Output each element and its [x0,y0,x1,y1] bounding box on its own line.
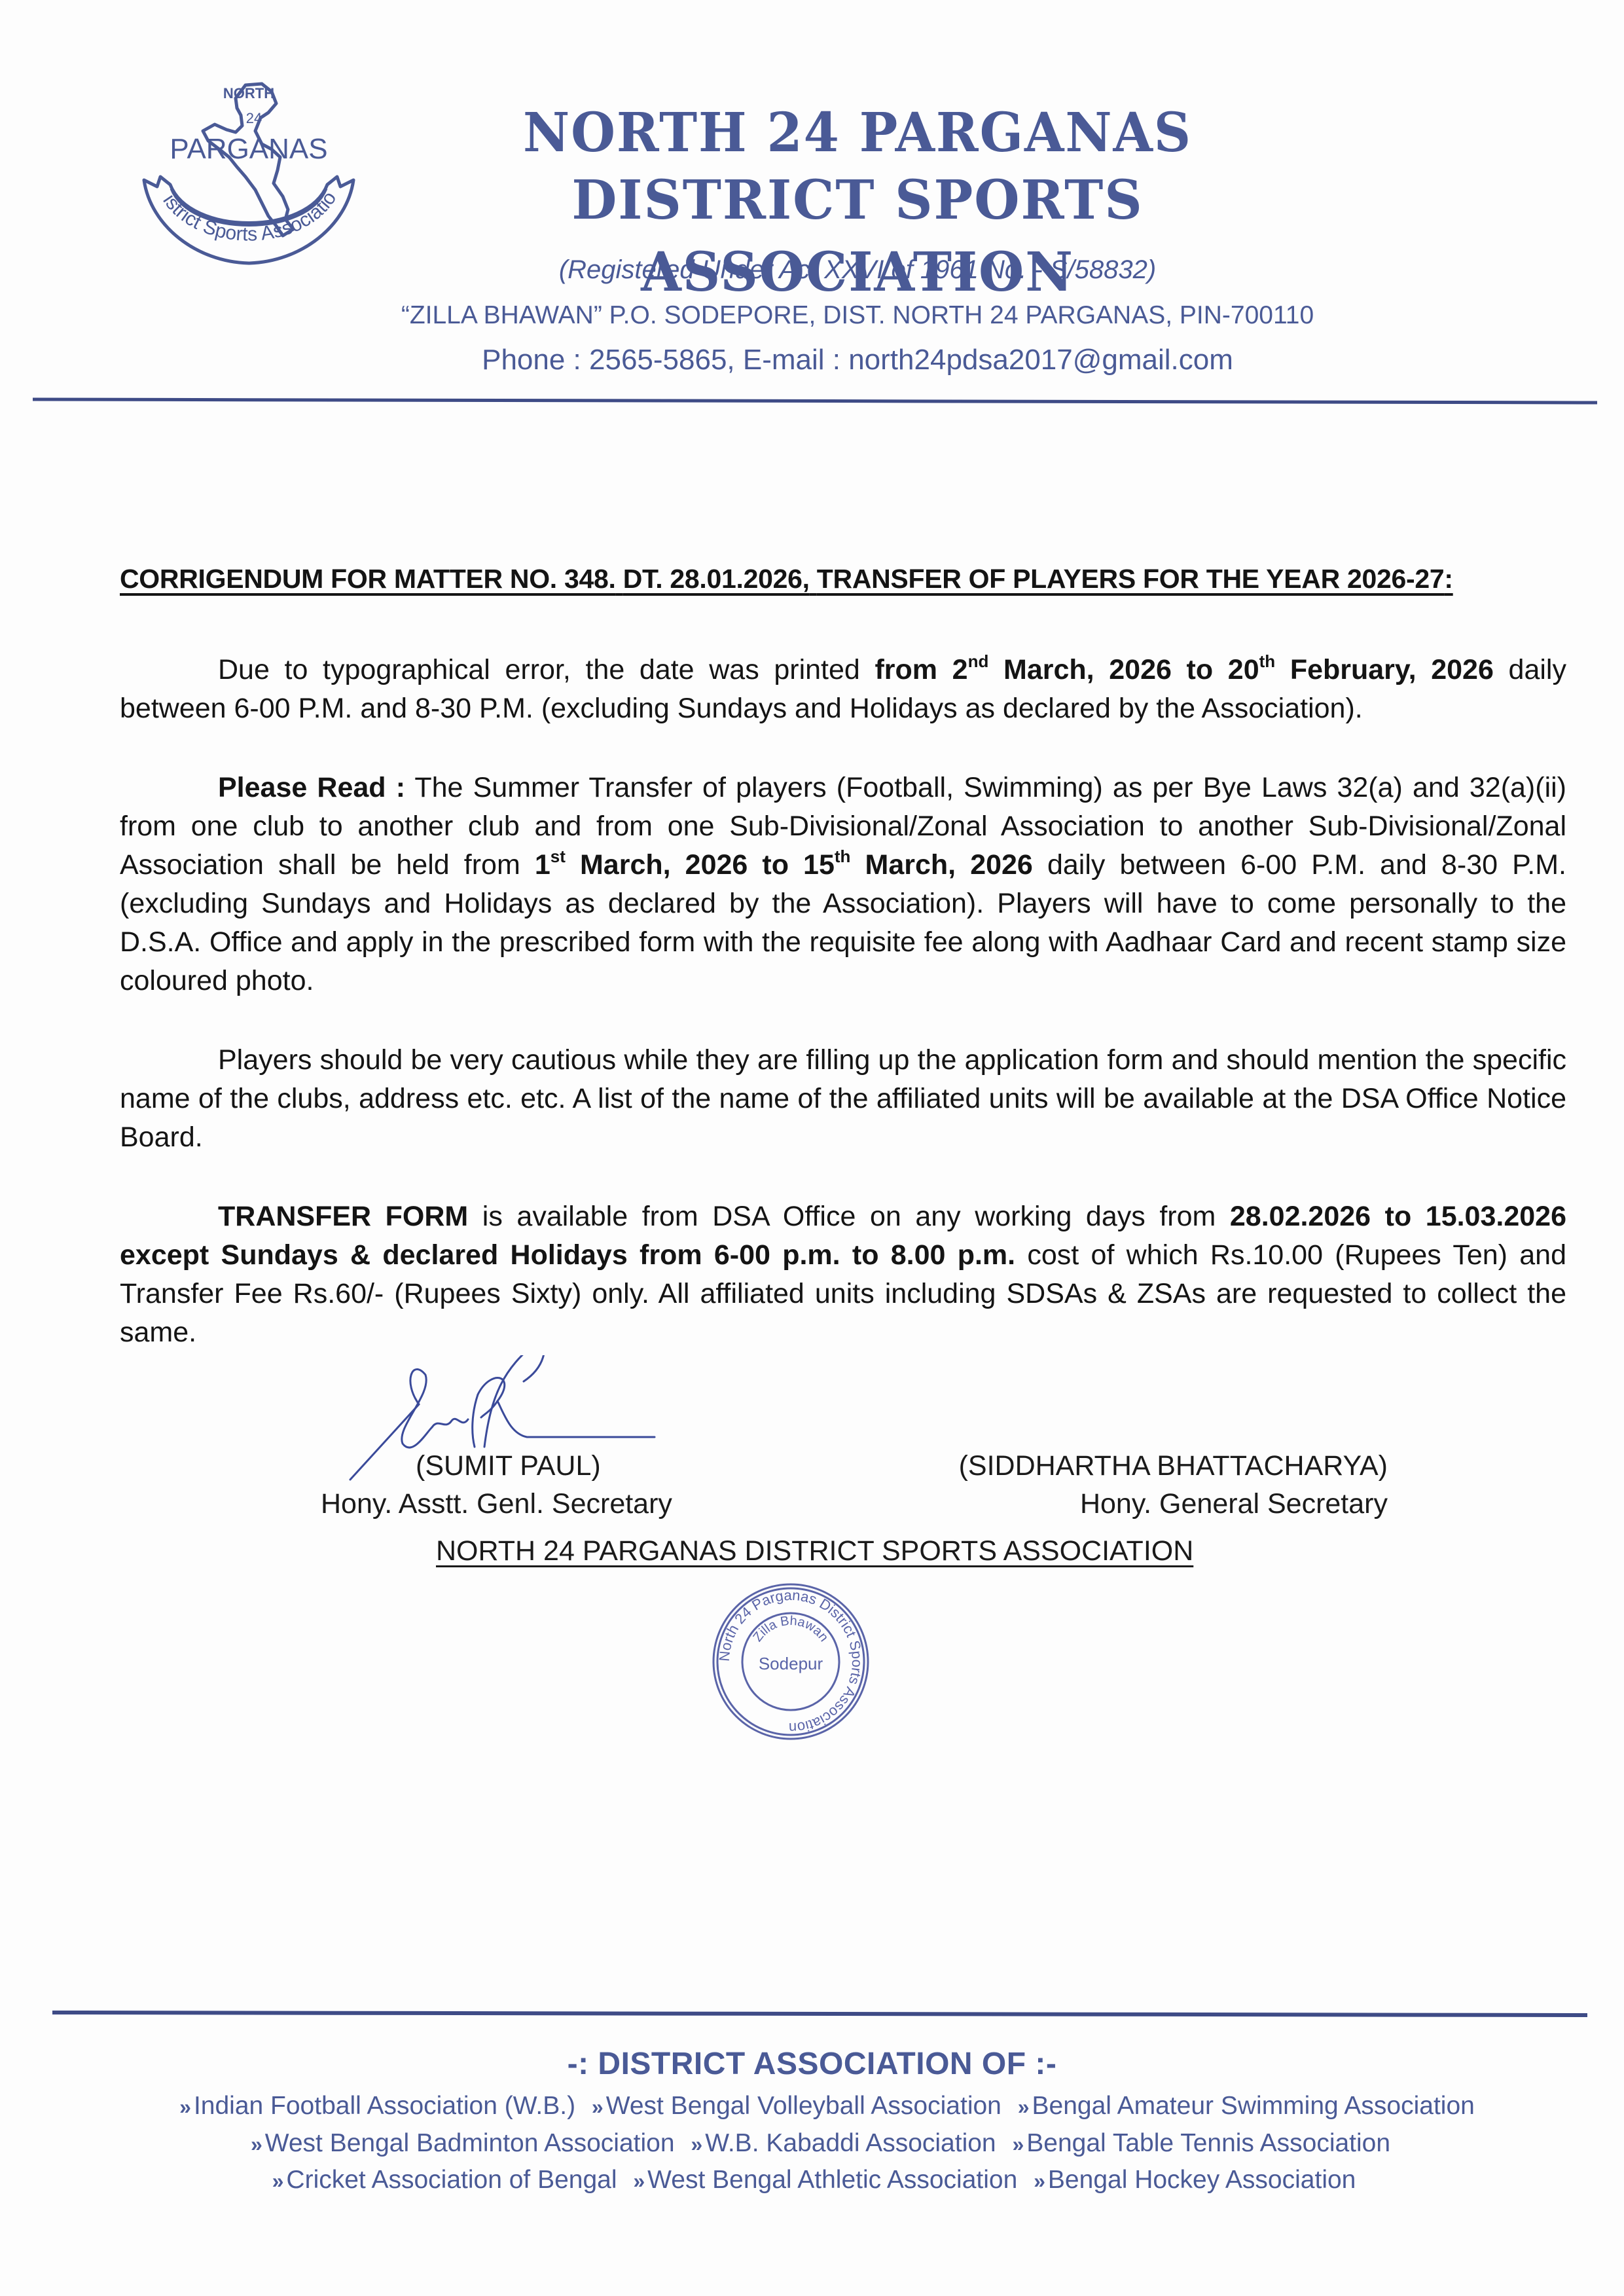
registration-line: (Registered Under Act XXVI of 1961 No. -… [367,255,1348,285]
svg-text:24: 24 [246,110,262,126]
title-line-2: DISTRICT SPORTS ASSOCIATION [382,164,1334,308]
association-item: »West Bengal Badminton Association [251,2129,675,2157]
svg-text:Zilla Bhawan: Zilla Bhawan [750,1614,831,1645]
double-chevron-icon: » [179,2095,191,2119]
association-item: »Indian Football Association (W.B.) [179,2092,575,2120]
svg-text:Sodepur: Sodepur [759,1654,823,1673]
district-associations-title: -: DISTRICT ASSOCIATION OF :- [0,2046,1624,2082]
paragraph-please-read: Please Read : The Summer Transfer of pla… [120,769,1566,1000]
footer-divider [52,2011,1587,2017]
svg-text:PARGANAS: PARGANAS [170,133,327,165]
double-chevron-icon: » [1018,2095,1030,2119]
signatory-left-designation: Hony. Asstt. Genl. Secretary [321,1485,713,1523]
double-chevron-icon: » [1012,2132,1024,2156]
signatory-right: (SIDDHARTHA BHATTACHARYA) Hony. General … [877,1447,1388,1523]
associations-row-2: »West Bengal Badminton Association »W.B.… [0,2129,1624,2158]
title-line-1: NORTH 24 PARGANAS [391,101,1324,164]
signatory-left: (SUMIT PAUL) Hony. Asstt. Genl. Secretar… [321,1447,713,1523]
double-chevron-icon: » [1034,2169,1045,2193]
double-chevron-icon: » [272,2169,284,2193]
organisation-name: NORTH 24 PARGANAS DISTRICT SPORTS ASSOCI… [436,1532,1193,1570]
association-item: »Bengal Table Tennis Association [1012,2129,1390,2157]
contact-line: Phone : 2565-5865, E-mail : north24pdsa2… [367,344,1348,376]
notice-heading: CORRIGENDUM FOR MATTER NO. 348. DT. 28.0… [120,560,1566,598]
association-item: »Bengal Hockey Association [1034,2166,1356,2194]
double-chevron-icon: » [592,2095,604,2119]
double-chevron-icon: » [633,2169,645,2193]
association-item: »West Bengal Volleyball Association [592,2092,1001,2120]
paragraph-caution: Players should be very cautious while th… [120,1041,1566,1157]
double-chevron-icon: » [251,2132,262,2156]
paragraph-typo-correction: Due to typographical error, the date was… [120,651,1566,728]
signatory-right-name: (SIDDHARTHA BHATTACHARYA) [877,1447,1388,1485]
associations-row-3: »Cricket Association of Bengal »West Ben… [0,2166,1624,2195]
association-item: »West Bengal Athletic Association [633,2166,1017,2194]
association-item: »W.B. Kabaddi Association [691,2129,996,2157]
association-item: »Bengal Amateur Swimming Association [1018,2092,1475,2120]
district-map-logo-icon: NORTH 24 PARGANAS District Sports Associ… [131,72,367,282]
official-seal-icon: North 24 Parganas District Sports Associ… [707,1578,875,1745]
double-chevron-icon: » [691,2132,702,2156]
notice-body: CORRIGENDUM FOR MATTER NO. 348. DT. 28.0… [120,560,1566,1352]
header-divider [33,397,1597,404]
signatory-left-name: (SUMIT PAUL) [321,1447,713,1485]
signatory-right-designation: Hony. General Secretary [877,1485,1388,1523]
associations-row-1: »Indian Football Association (W.B.) »Wes… [0,2092,1624,2121]
svg-text:NORTH: NORTH [223,85,274,101]
association-item: »Cricket Association of Bengal [272,2166,617,2194]
paragraph-transfer-form: TRANSFER FORM is available from DSA Offi… [120,1197,1566,1352]
address-line: “ZILLA BHAWAN” P.O. SODEPORE, DIST. NORT… [367,301,1348,330]
